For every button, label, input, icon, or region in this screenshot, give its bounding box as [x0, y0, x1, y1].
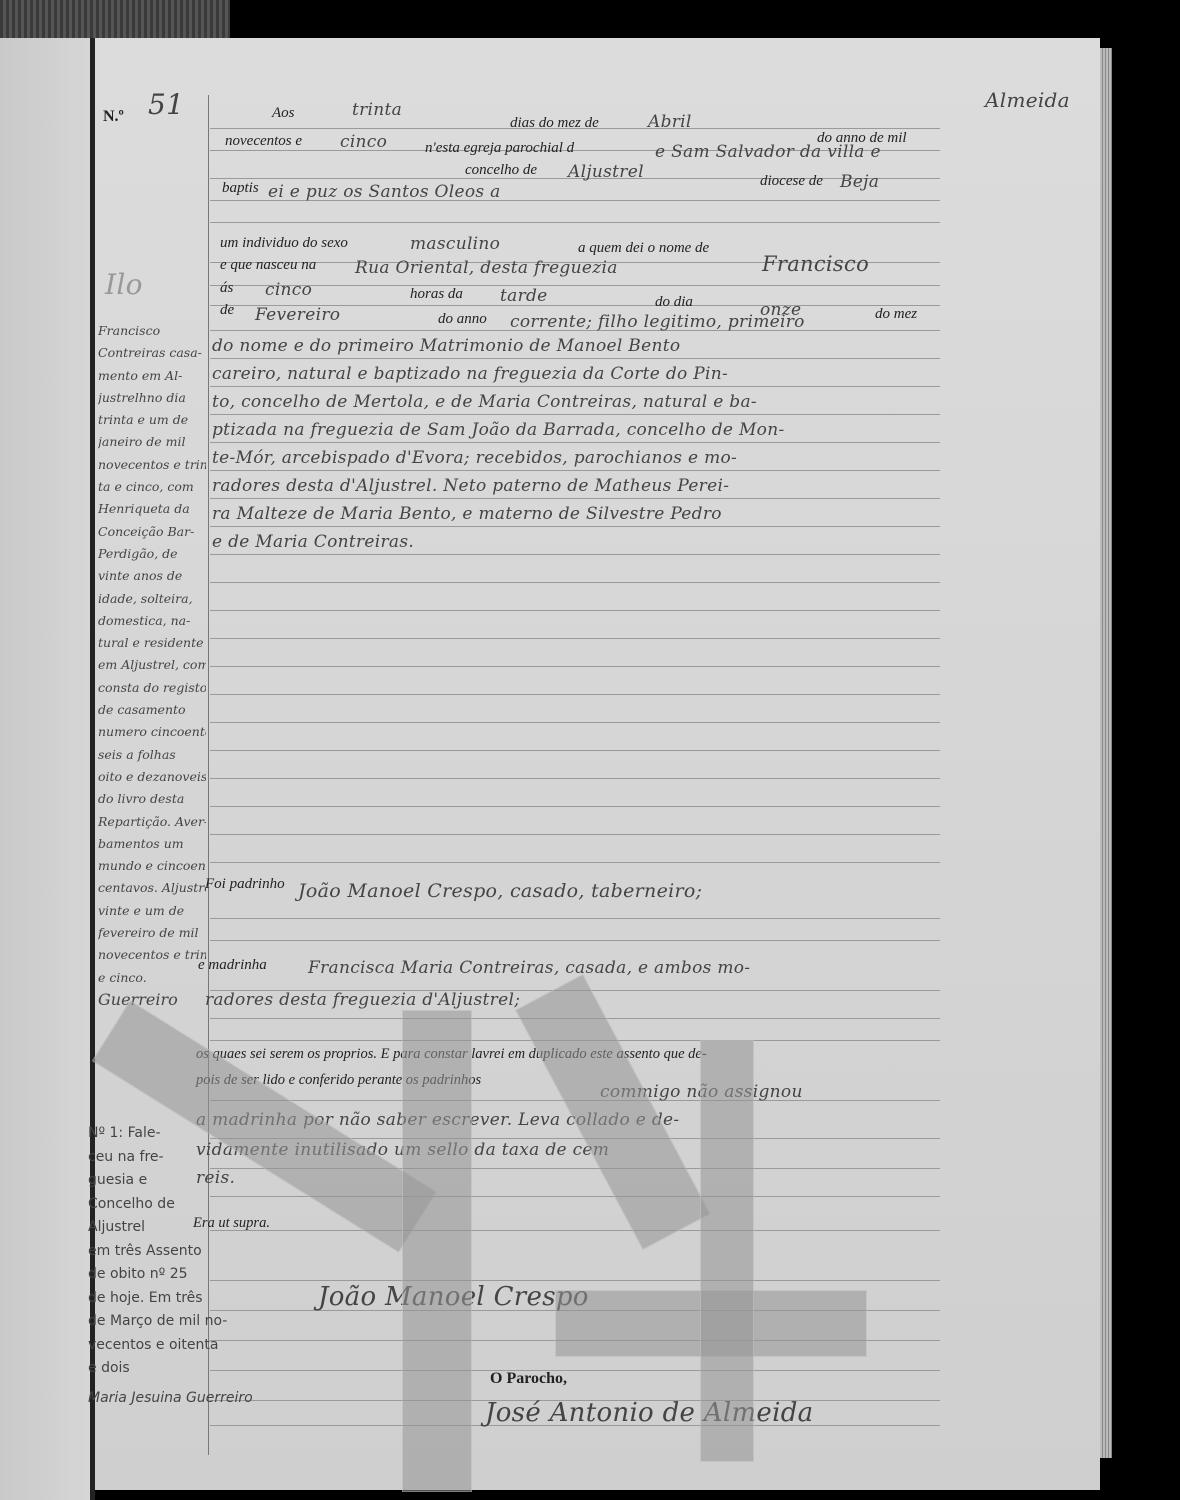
printed-madrinha: e madrinha — [198, 957, 267, 974]
side-note-line: e dois — [88, 1357, 328, 1381]
printed-individuo: um individuo do sexo — [220, 235, 348, 252]
margin-line: mundo e cincoenta — [98, 855, 206, 877]
margin-line: domestica, na- — [98, 610, 206, 632]
side-note-line: de hoje. Em três — [88, 1287, 328, 1311]
printed-nome: a quem dei o nome de — [578, 240, 709, 257]
record-number-label: N.º — [103, 108, 124, 126]
ruled-line — [210, 610, 940, 611]
ruled-line — [210, 358, 940, 359]
page-stack-edge — [1100, 48, 1112, 1458]
side-note-line: Concelho de — [88, 1193, 328, 1217]
top-right-annotation: Almeida — [985, 88, 1070, 112]
printed-horas: horas da — [410, 286, 463, 303]
margin-line: justrelhno dia — [98, 387, 206, 409]
field-month: Abril — [648, 112, 692, 132]
field-padrinho: João Manoel Crespo, casado, taberneiro; — [298, 880, 702, 902]
printed-dias-do-mez: dias do mez de — [510, 115, 599, 132]
side-note-line: Aljustrel — [88, 1216, 328, 1240]
field-mez: Fevereiro — [255, 305, 340, 325]
field-madrinha-cont: radores desta freguezia d'Aljustrel; — [205, 990, 520, 1010]
printed-nesta-egreja: n'esta egreja parochial d — [425, 140, 574, 157]
margin-line: seis a folhas — [98, 744, 206, 766]
margin-line: Guerreiro — [98, 989, 206, 1011]
margin-line: oito e dezanoveis — [98, 766, 206, 788]
body-line: ra Malteze de Maria Bento, e materno de … — [212, 504, 722, 524]
side-note-line: vecentos e oitenta — [88, 1334, 328, 1358]
field-nome: Francisco — [762, 252, 869, 276]
side-note-line: de Março de mil no- — [88, 1310, 328, 1334]
body-line: do nome e do primeiro Matrimonio de Mano… — [212, 336, 680, 356]
ruled-line — [210, 442, 940, 443]
printed-do-mez: do mez — [875, 306, 917, 323]
field-diocese: Beja — [840, 172, 879, 192]
margin-line: bamentos um — [98, 833, 206, 855]
margin-line: mento em Al- — [98, 365, 206, 387]
parocho-signature: José Antonio de Almeida — [485, 1398, 813, 1428]
side-note-line: de obito nº 25 — [88, 1263, 328, 1287]
ruled-line — [210, 694, 940, 695]
margin-line: Henriqueta da — [98, 498, 206, 520]
ruled-line — [210, 285, 940, 286]
printed-de: de — [220, 302, 234, 319]
margin-line: fevereiro de mil — [98, 922, 206, 944]
margin-line: Repartição. Aver- — [98, 811, 206, 833]
printed-as: ás — [220, 280, 233, 297]
ruled-line — [210, 414, 940, 415]
margin-line: trinta e um de — [98, 409, 206, 431]
body-line: e de Maria Contreiras. — [212, 532, 414, 552]
field-horas: cinco — [265, 280, 312, 300]
margin-line: Francisco — [98, 320, 206, 342]
printed-aos: Aos — [272, 105, 295, 122]
margin-line: novecentos e trin- — [98, 454, 206, 476]
field-nasceu: Rua Oriental, desta freguezia — [355, 258, 618, 278]
body-line: radores desta d'Aljustrel. Neto paterno … — [212, 476, 729, 496]
margin-line: tural e residente — [98, 632, 206, 654]
margin-line: idade, solteira, — [98, 588, 206, 610]
body-line: ptizada na freguezia de Sam João da Barr… — [212, 420, 784, 440]
field-baptisei: ei e puz os Santos Oleos a — [268, 182, 501, 202]
margin-line: vinte e um de — [98, 900, 206, 922]
ruled-line — [210, 554, 940, 555]
field-sexo: masculino — [410, 234, 500, 254]
ruled-line — [210, 750, 940, 751]
margin-line: janeiro de mil — [98, 431, 206, 453]
tape-strip — [700, 1040, 754, 1462]
margin-line: novecentos e trinta — [98, 944, 206, 966]
tape-strip — [402, 1010, 472, 1492]
margin-line: em Aljustrel, com — [98, 654, 206, 676]
ruled-line — [210, 862, 940, 863]
margin-line: do livro desta — [98, 788, 206, 810]
side-note-signature: Maria Jesuina Guerreiro — [88, 1387, 328, 1411]
ruled-line — [210, 386, 940, 387]
ruled-line — [210, 722, 940, 723]
margin-line: Contreiras casa- — [98, 342, 206, 364]
printed-diocese: diocese de — [760, 173, 823, 190]
margin-initials: Ilo — [105, 268, 143, 301]
margin-line: de casamento — [98, 699, 206, 721]
margin-line: Perdigão, de — [98, 543, 206, 565]
ruled-line — [210, 222, 940, 223]
printed-novecentos: novecentos e — [225, 133, 302, 150]
ruled-line — [210, 498, 940, 499]
margin-line: numero cincoente — [98, 721, 206, 743]
ruled-line — [210, 940, 940, 941]
ruled-line — [210, 806, 940, 807]
printed-parocho: O Parocho, — [490, 1370, 567, 1388]
margin-line: vinte anos de — [98, 565, 206, 587]
field-anno: corrente; filho legitimo, primeiro — [510, 312, 805, 332]
left-page-edge — [0, 38, 92, 1500]
body-line: careiro, natural e baptizado na freguezi… — [212, 364, 728, 384]
field-year: cinco — [340, 132, 387, 152]
margin-line: centavos. Aljustrel, — [98, 877, 206, 899]
ruled-line — [210, 638, 940, 639]
book-binding — [0, 0, 230, 40]
ruled-line — [210, 526, 940, 527]
margin-line: Conceição Bar- — [98, 521, 206, 543]
ruled-line — [210, 582, 940, 583]
printed-nasceu: e que nasceu na — [220, 257, 316, 274]
printed-concelho: concelho de — [465, 162, 537, 179]
ruled-line — [210, 834, 940, 835]
ruled-line — [210, 666, 940, 667]
printed-padrinho: Foi padrinho — [205, 876, 285, 893]
margin-line: consta do registo — [98, 677, 206, 699]
record-number: 51 — [148, 88, 184, 121]
field-periodo: tarde — [500, 286, 548, 306]
side-note-line: em três Assento — [88, 1240, 328, 1264]
ruled-line — [210, 778, 940, 779]
margin-line: e cinco. — [98, 967, 206, 989]
body-line: to, concelho de Mertola, e de Maria Cont… — [212, 392, 757, 412]
ruled-line — [210, 918, 940, 919]
field-madrinha: Francisca Maria Contreiras, casada, e am… — [308, 958, 750, 978]
printed-baptisei: baptis — [222, 180, 259, 197]
ruled-line — [210, 470, 940, 471]
field-day: trinta — [352, 100, 402, 120]
printed-do-anno-2: do anno — [438, 311, 487, 328]
field-parish: e Sam Salvador da villa e — [655, 142, 881, 162]
margin-annotation: Francisco Contreiras casa- mento em Al- … — [98, 320, 206, 1011]
body-line: te-Mór, arcebispado d'Evora; recebidos, … — [212, 448, 737, 468]
field-concelho: Aljustrel — [568, 162, 644, 182]
margin-line: ta e cinco, com — [98, 476, 206, 498]
printed-do-dia: do dia — [655, 294, 693, 311]
